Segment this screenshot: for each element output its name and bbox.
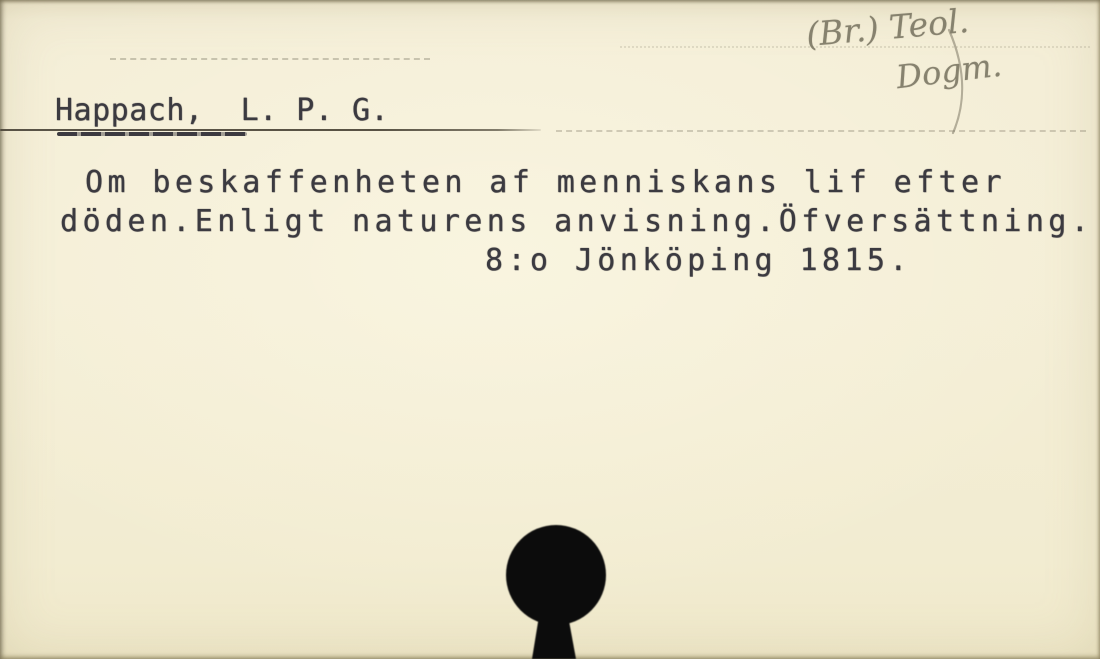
keyhole-punch-hole-icon [0,0,1100,659]
catalog-card: Happach, L. P. G. Om beskaffenheten af m… [0,0,1100,659]
